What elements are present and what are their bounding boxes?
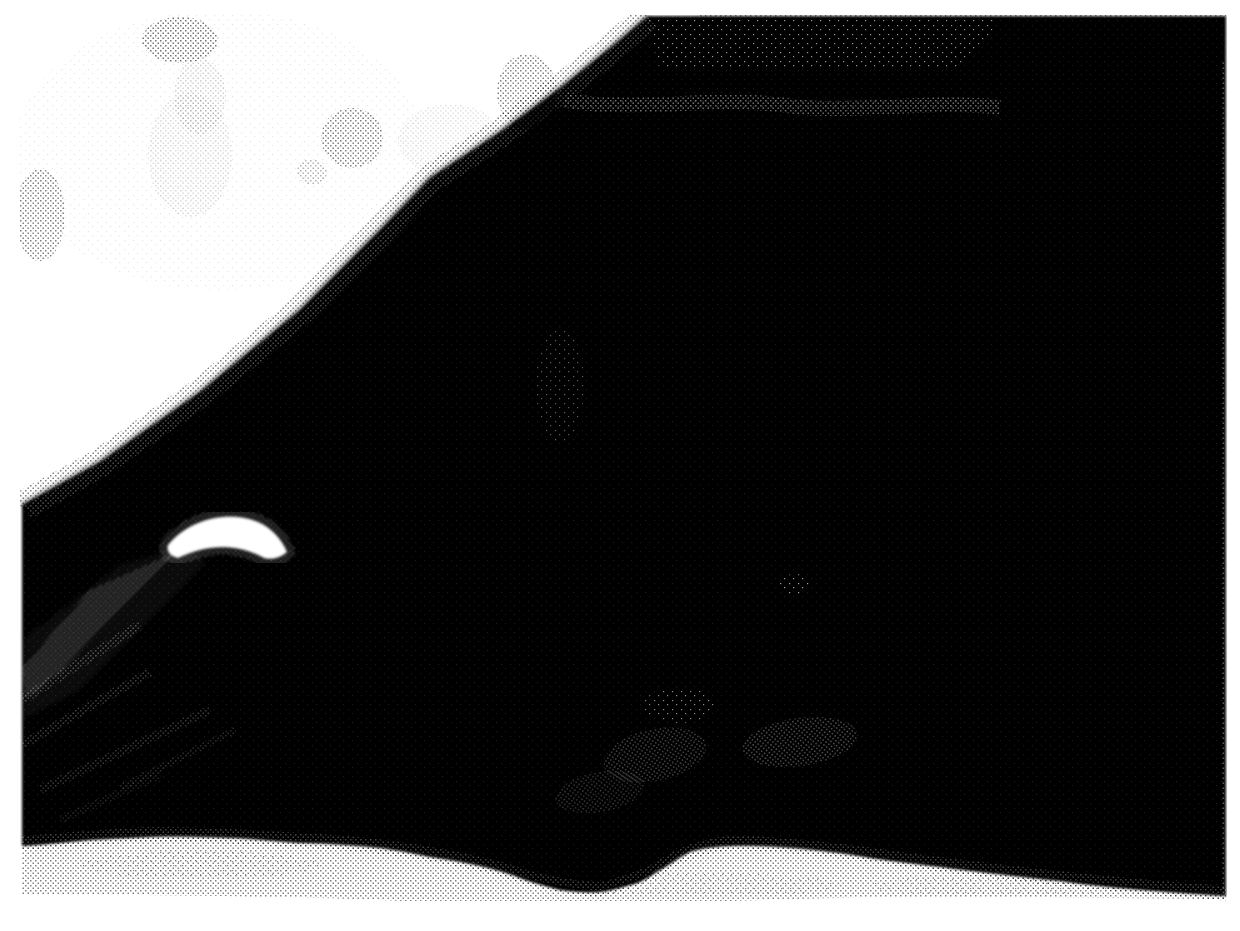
margin-left	[0, 0, 20, 931]
snowfield-mottle	[80, 851, 320, 879]
snowfield-mottle	[870, 876, 1130, 896]
margin-bottom	[0, 901, 1240, 931]
halftone-photograph: Black-and-white halftone photograph: a d…	[0, 0, 1240, 931]
margin-right	[1227, 0, 1240, 931]
speckle-cluster	[644, 687, 716, 723]
snowfield-mottle	[560, 873, 840, 897]
margin-top	[0, 0, 1240, 15]
photo-canvas: Black-and-white halftone photograph: a d…	[0, 0, 1240, 931]
speckle-cluster	[536, 327, 584, 443]
speckle-cluster	[779, 574, 811, 596]
